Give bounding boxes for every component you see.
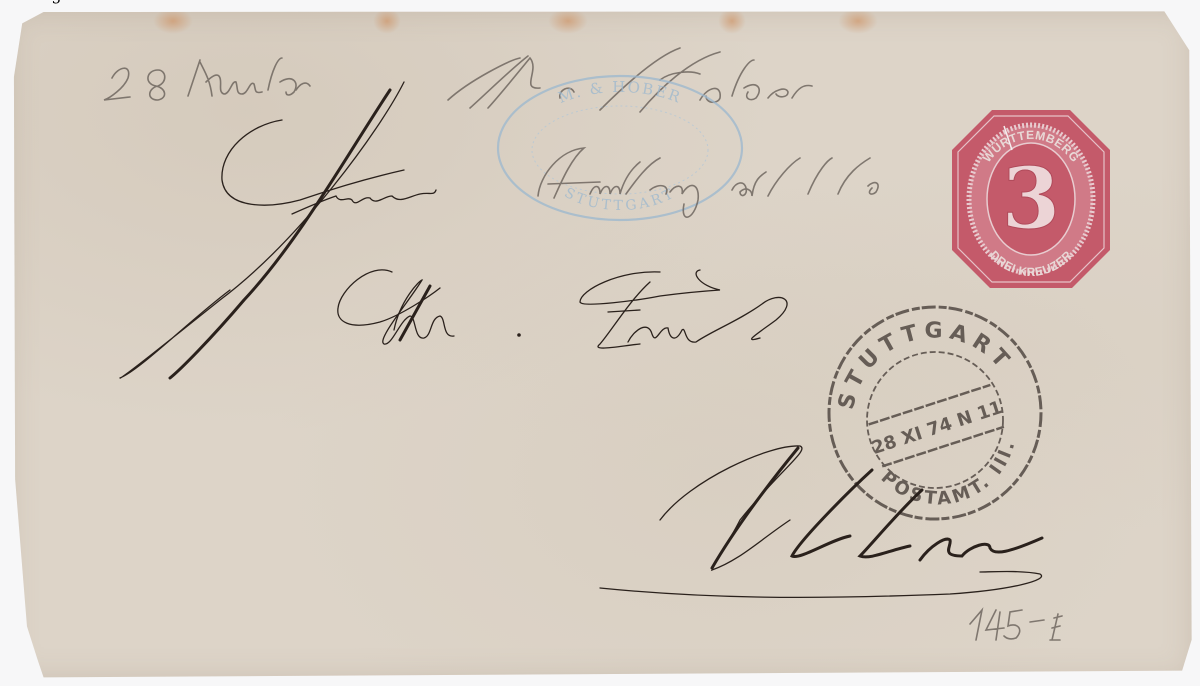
- svg-text:M. & HOBER: M. & HOBER: [556, 78, 685, 107]
- svg-text:STUTTGART: STUTTGART: [834, 318, 1018, 412]
- pencil-subject-note: Auftrag erhalten: [0, 0, 878, 217]
- postmark: STUTTGART POSTAMT. III. 28 XI 74 N 11: [829, 307, 1041, 519]
- svg-text:145 - E: 145 - E: [0, 0, 58, 4]
- postage-indicium: WÜRTTEMBERG DREI KREUZER 3: [952, 110, 1110, 288]
- pencil-catalog-note: 145 - E: [0, 0, 1062, 640]
- pencil-sender-note: M. & Hober: [0, 0, 812, 112]
- address-salutation: Herrn: [0, 0, 436, 378]
- svg-text:3: 3: [1002, 149, 1060, 248]
- sender-handstamp: M. & HOBER STUTTGART: [498, 76, 742, 220]
- pencil-date-note: 28 November: [0, 0, 310, 100]
